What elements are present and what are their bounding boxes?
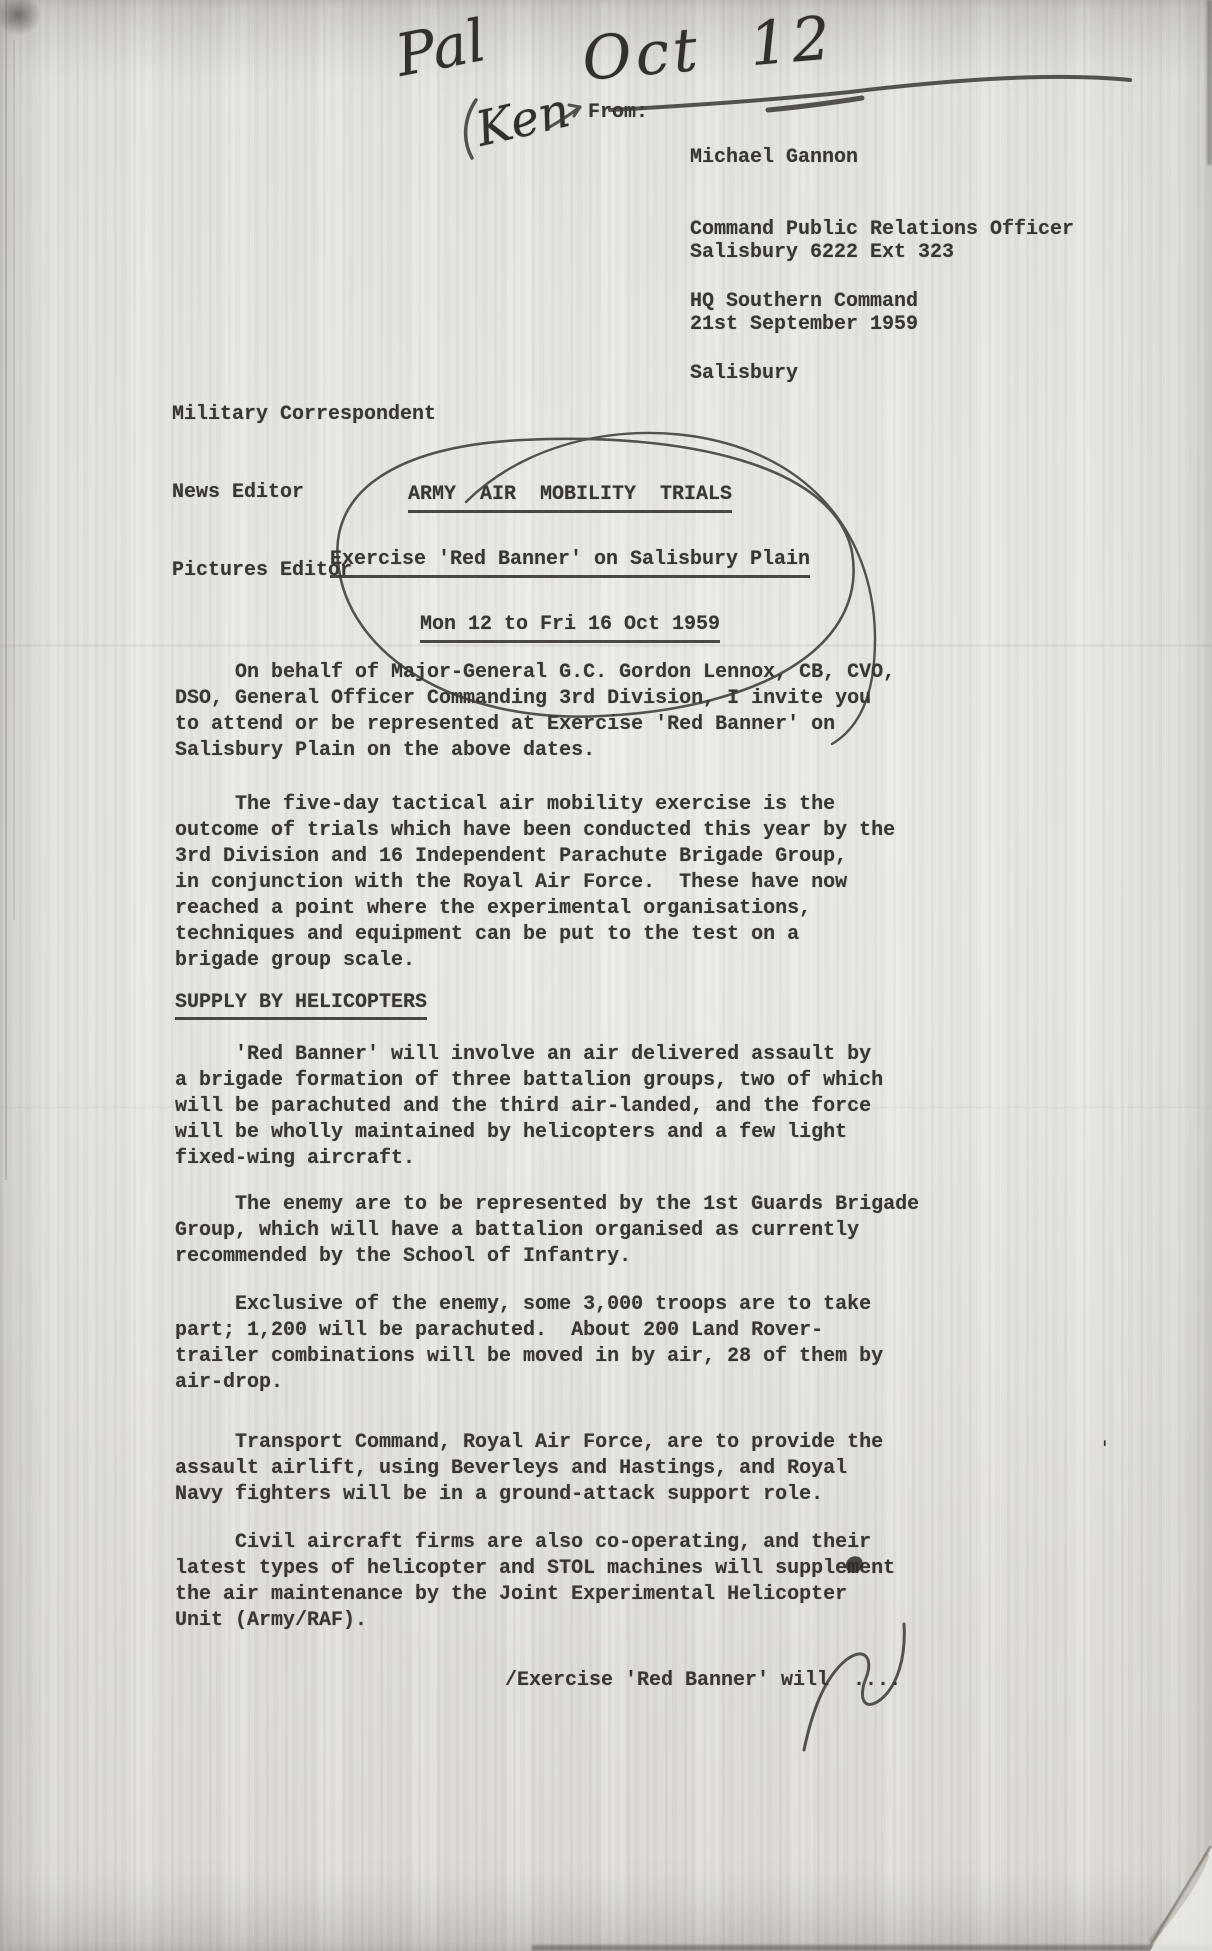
title-line-2: Exercise 'Red Banner' on Salisbury Plain — [330, 547, 810, 578]
paragraph-transport-command: Transport Command, Royal Air Force, are … — [175, 1430, 995, 1508]
sender-block: Michael Gannon Command Public Relations … — [690, 98, 1074, 434]
letter-date: 21st September 1959 — [690, 312, 918, 338]
recipient-military-correspondent: Military Correspondent — [172, 402, 436, 428]
stray-pen-mark: ' — [1102, 1436, 1108, 1460]
paragraph-assault-plan: 'Red Banner' will involve an air deliver… — [175, 1042, 995, 1172]
section-heading-supply-by-helicopters: SUPPLY BY HELICOPTERS — [175, 990, 427, 1020]
corner-fold-crease — [1148, 1847, 1210, 1949]
sender-org: HQ Southern Command — [690, 290, 1074, 314]
letter-body: On behalf of Major-General G.C. Gordon L… — [175, 660, 995, 1634]
paper-fold-line-left — [5, 0, 7, 1180]
scan-edge-bottom — [532, 1945, 1212, 1951]
paragraph-troop-numbers: Exclusive of the enemy, some 3,000 troop… — [175, 1292, 995, 1396]
scanned-letter-page: Pal Ken Oct 12 ' From: Michael Gannon Co… — [0, 0, 1212, 1951]
corner-fold-triangle — [1150, 1848, 1212, 1951]
sender-title: Command Public Relations Officer — [690, 218, 1074, 242]
paragraph-civil-aircraft: Civil aircraft firms are also co-operati… — [175, 1530, 995, 1634]
horizontal-crease — [0, 644, 1212, 647]
ken-arrow-head — [569, 105, 580, 116]
paragraph-exercise-background: The five-day tactical air mobility exerc… — [175, 792, 995, 974]
from-label: From: — [588, 100, 648, 126]
paragraph-enemy-force: The enemy are to be represented by the 1… — [175, 1192, 995, 1270]
scan-edge-sliver-top-right — [1207, 0, 1212, 165]
paragraph-invitation: On behalf of Major-General G.C. Gordon L… — [175, 660, 995, 764]
title-line-1: ARMY AIR MOBILITY TRIALS — [408, 482, 732, 513]
handwritten-annotation-pal: Pal — [390, 6, 491, 90]
sender-phone: Salisbury 6222 Ext 323 — [690, 240, 954, 266]
paper-fold-line-left-2 — [13, 40, 15, 920]
continuation-line: /Exercise 'Red Banner' will .... — [505, 1668, 901, 1694]
title-block: ARMY AIR MOBILITY TRIALS Exercise 'Red B… — [170, 482, 970, 643]
title-line-3: Mon 12 to Fri 16 Oct 1959 — [420, 612, 720, 643]
sender-city: Salisbury — [690, 362, 1074, 386]
corner-fold-shadow — [1152, 1856, 1206, 1940]
handwritten-annotation-date: Oct 12 — [579, 3, 836, 95]
scan-edge-smudge-top-left — [0, 0, 50, 44]
sender-name: Michael Gannon — [690, 146, 1074, 170]
handwritten-annotation-ken: Ken — [471, 82, 575, 158]
